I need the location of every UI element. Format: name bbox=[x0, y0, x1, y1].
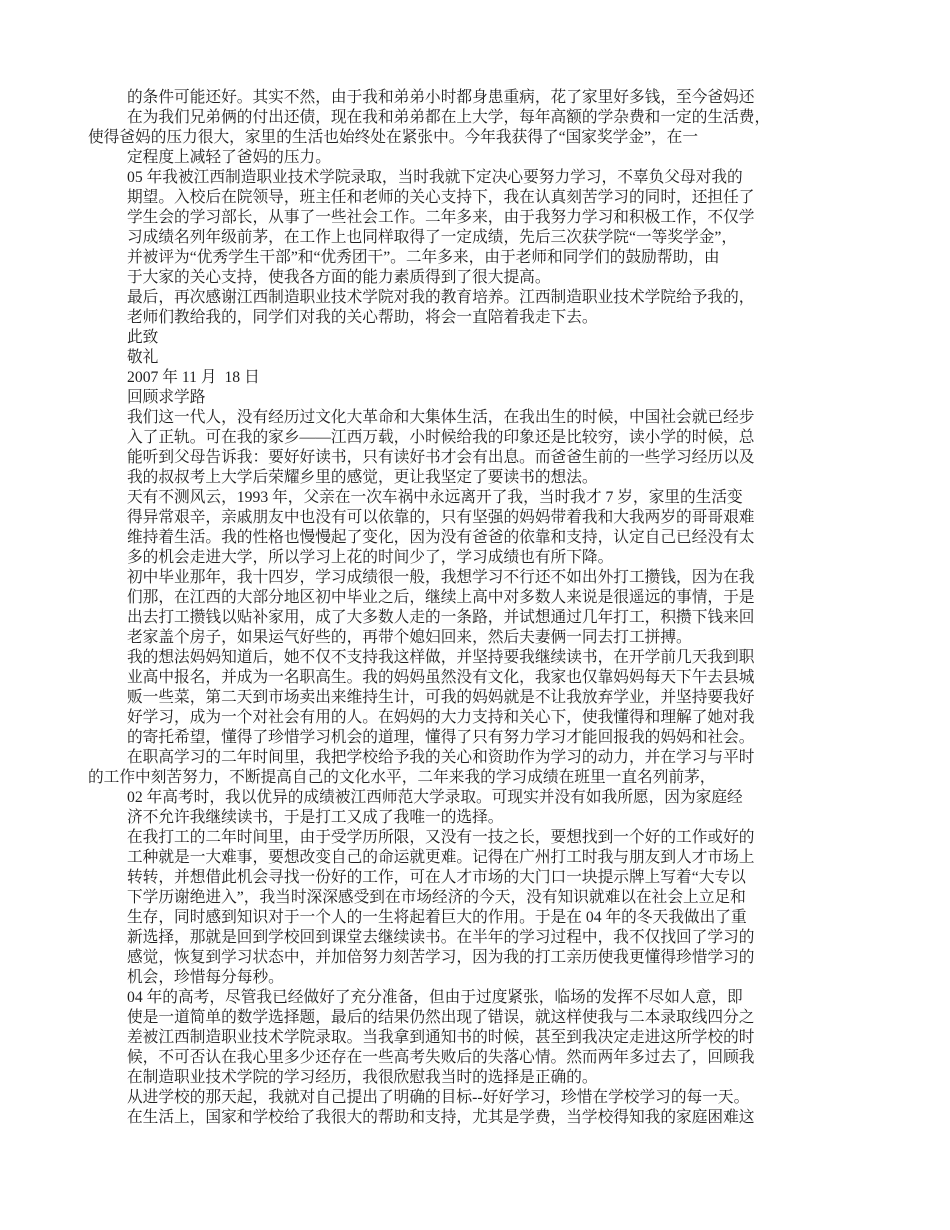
text-line: 的工作中刻苦努力，不断提高自己的文化水平，二年来我的学习成绩在班里一直名列前茅， bbox=[88, 768, 950, 788]
text-line: 05 年我被江西制造职业技术学院录取，当时我就下定决心要努力学习，不辜负父母对我… bbox=[127, 168, 950, 188]
text-line: 转转，并想借此机会寻找一份好的工作，可在人才市场的大门口一块提示牌上写着“大专以 bbox=[127, 868, 950, 888]
text-line: 使得爸妈的压力很大，家里的生活也始终处在紧张中。今年我获得了“国家奖学金”，在一 bbox=[88, 128, 950, 148]
text-line: 此致 bbox=[127, 328, 950, 348]
text-line: 工种就是一大难事，要想改变自己的命运就更难。记得在广州打工时我与朋友到人才市场上 bbox=[127, 848, 950, 868]
text-line: 并被评为“优秀学生干部”和“优秀团干”。二年多来，由于老师和同学们的鼓励帮助，由 bbox=[127, 248, 950, 268]
text-line: 的寄托希望，懂得了珍惜学习机会的道理，懂得了只有努力学习才能回报我的妈妈和社会。 bbox=[127, 728, 950, 748]
text-line: 我的想法妈妈知道后，她不仅不支持我这样做，并坚持要我继续读书，在开学前几天我到职 bbox=[127, 648, 950, 668]
text-line: 学生会的学习部长，从事了一些社会工作。二年多来，由于我努力学习和积极工作，不仅学 bbox=[127, 208, 950, 228]
text-line: 老家盖个房子，如果运气好些的，再带个媳妇回来，然后夫妻俩一同去打工拼搏。 bbox=[127, 628, 950, 648]
document-text: 的条件可能还好。其实不然，由于我和弟弟小时都身患重病，花了家里好多钱，至今爸妈还… bbox=[0, 88, 950, 1128]
text-line: 于大家的关心支持，使我各方面的能力素质得到了很大提高。 bbox=[127, 268, 950, 288]
text-line: 我们这一代人，没有经历过文化大革命和大集体生活，在我出生的时候，中国社会就已经步 bbox=[127, 408, 950, 428]
text-line: 最后，再次感谢江西制造职业技术学院对我的教育培养。江西制造职业技术学院给予我的， bbox=[127, 288, 950, 308]
text-line: 2007 年 11 月 18 日 bbox=[127, 368, 950, 388]
text-line: 的条件可能还好。其实不然，由于我和弟弟小时都身患重病，花了家里好多钱，至今爸妈还 bbox=[127, 88, 950, 108]
text-line: 在职高学习的二年时间里，我把学校给予我的关心和资助作为学习的动力，并在学习与平时 bbox=[127, 748, 950, 768]
text-line: 感觉，恢复到学习状态中，并加倍努力刻苦学习，因为我的打工亲历使我更懂得珍惜学习的 bbox=[127, 948, 950, 968]
text-line: 在为我们兄弟俩的付出还债，现在我和弟弟都在上大学，每年高额的学杂费和一定的生活费… bbox=[127, 108, 950, 128]
text-line: 02 年高考时，我以优异的成绩被江西师范大学录取。可现实并没有如我所愿，因为家庭… bbox=[127, 788, 950, 808]
text-line: 在我打工的二年时间里，由于受学历所限，又没有一技之长，要想找到一个好的工作或好的 bbox=[127, 828, 950, 848]
text-line: 回顾求学路 bbox=[127, 388, 950, 408]
text-line: 新选择，那就是回到学校回到课堂去继续读书。在半年的学习过程中，我不仅找回了学习的 bbox=[127, 928, 950, 948]
text-line: 机会，珍惜每分每秒。 bbox=[127, 968, 950, 988]
text-line: 使是一道简单的数学选择题，最后的结果仍然出现了错误，就这样使我与二本录取线四分之 bbox=[127, 1008, 950, 1028]
text-line: 贩一些菜，第二天到市场卖出来维持生计，可我的妈妈就是不让我放弃学业，并坚持要我好 bbox=[127, 688, 950, 708]
text-line: 敬礼 bbox=[127, 348, 950, 368]
text-line: 们那，在江西的大部分地区初中毕业之后，继续上高中对多数人来说是很遥远的事情，于是 bbox=[127, 588, 950, 608]
text-line: 我的叔叔考上大学后荣耀乡里的感觉，更让我坚定了要读书的想法。 bbox=[127, 468, 950, 488]
text-line: 天有不测风云，1993 年，父亲在一次车祸中永远离开了我，当时我才 7 岁，家里… bbox=[127, 488, 950, 508]
text-line: 在制造职业技术学院的学习经历，我很欣慰我当时的选择是正确的。 bbox=[127, 1068, 950, 1088]
text-line: 多的机会走进大学，所以学习上花的时间少了，学习成绩也有所下降。 bbox=[127, 548, 950, 568]
text-line: 老师们教给我的，同学们对我的关心帮助，将会一直陪着我走下去。 bbox=[127, 308, 950, 328]
text-line: 初中毕业那年，我十四岁，学习成绩很一般，我想学习不行还不如出外打工攒钱，因为在我 bbox=[127, 568, 950, 588]
text-line: 好学习，成为一个对社会有用的人。在妈妈的大力支持和关心下，使我懂得和理解了她对我 bbox=[127, 708, 950, 728]
text-line: 定程度上减轻了爸妈的压力。 bbox=[127, 148, 950, 168]
text-line: 得异常艰辛，亲戚朋友中也没有可以依靠的，只有坚强的妈妈带着我和大我两岁的哥哥艰难 bbox=[127, 508, 950, 528]
text-line: 能听到父母告诉我：要好好读书，只有读好书才会有出息。而爸爸生前的一些学习经历以及 bbox=[127, 448, 950, 468]
text-line: 习成绩名列年级前茅，在工作上也同样取得了一定成绩，先后三次获学院“一等奖学金”， bbox=[127, 228, 950, 248]
document-page: 的条件可能还好。其实不然，由于我和弟弟小时都身患重病，花了家里好多钱，至今爸妈还… bbox=[0, 0, 950, 1230]
text-line: 业高中报名，并成为一名职高生。我的妈妈虽然没有文化，我家也仅靠妈妈每天下午去县城 bbox=[127, 668, 950, 688]
text-line: 下学历谢绝进入”，我当时深深感受到在市场经济的今天，没有知识就难以在社会上立足和 bbox=[127, 888, 950, 908]
text-line: 出去打工攒钱以贴补家用，成了大多数人走的一条路，并试想通过几年打工，积攒下钱来回 bbox=[127, 608, 950, 628]
text-line: 04 年的高考，尽管我已经做好了充分准备，但由于过度紧张，临场的发挥不尽如人意，… bbox=[127, 988, 950, 1008]
text-line: 从进学校的那天起，我就对自己提出了明确的目标--好好学习，珍惜在学校学习的每一天… bbox=[127, 1088, 950, 1108]
text-line: 差被江西制造职业技术学院录取。当我拿到通知书的时候，甚至到我决定走进这所学校的时 bbox=[127, 1028, 950, 1048]
text-line: 候，不可否认在我心里多少还存在一些高考失败后的失落心情。然而两年多过去了，回顾我 bbox=[127, 1048, 950, 1068]
text-line: 维持着生活。我的性格也慢慢起了变化，因为没有爸爸的依靠和支持，认定自己已经没有太 bbox=[127, 528, 950, 548]
text-line: 在生活上，国家和学校给了我很大的帮助和支持，尤其是学费，当学校得知我的家庭困难这 bbox=[127, 1108, 950, 1128]
text-line: 入了正轨。可在我的家乡——江西万载，小时候给我的印象还是比较穷，读小学的时候，总 bbox=[127, 428, 950, 448]
text-line: 济不允许我继续读书，于是打工又成了我唯一的选择。 bbox=[127, 808, 950, 828]
text-line: 生存，同时感到知识对于一个人的一生将起着巨大的作用。于是在 04 年的冬天我做出… bbox=[127, 908, 950, 928]
text-line: 期望。入校后在院领导，班主任和老师的关心支持下，我在认真刻苦学习的同时，还担任了 bbox=[127, 188, 950, 208]
